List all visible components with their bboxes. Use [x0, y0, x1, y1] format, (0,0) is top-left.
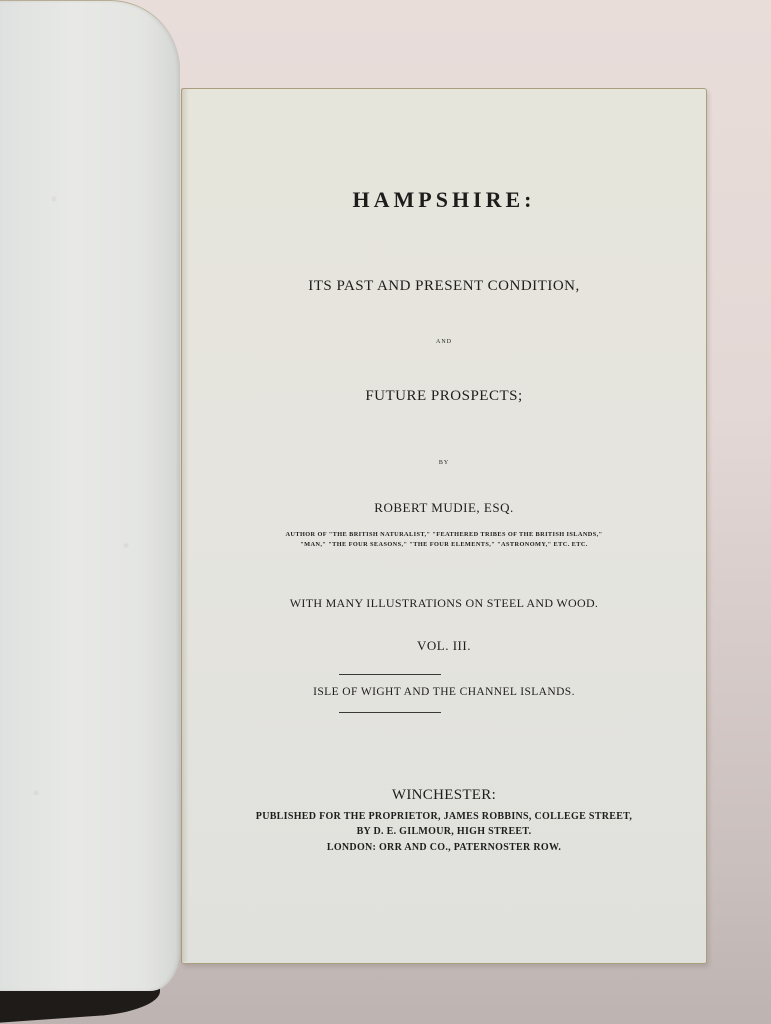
illustrations-note: WITH MANY ILLUSTRATIONS ON STEEL AND WOO…: [182, 596, 706, 611]
title-page: HAMPSHIRE: ITS PAST AND PRESENT CONDITIO…: [181, 88, 707, 964]
imprint-place: WINCHESTER:: [182, 787, 706, 804]
divider-rule-bottom: [339, 712, 441, 713]
author-credits-line-2: "MAN," "THE FOUR SEASONS," "THE FOUR ELE…: [182, 541, 706, 548]
imprint-line-2: BY D. E. GILMOUR, HIGH STREET.: [182, 826, 706, 837]
by-label: BY: [182, 460, 706, 466]
photo-scene: HAMPSHIRE: ITS PAST AND PRESENT CONDITIO…: [0, 0, 771, 1024]
volume-section-title: ISLE OF WIGHT AND THE CHANNEL ISLANDS.: [182, 686, 706, 698]
book-subtitle-2: FUTURE PROSPECTS;: [182, 388, 706, 405]
author-credits-line-1: AUTHOR OF "THE BRITISH NATURALIST," "FEA…: [182, 531, 706, 538]
imprint-line-1: PUBLISHED FOR THE PROPRIETOR, JAMES ROBB…: [182, 811, 706, 822]
book-subtitle: ITS PAST AND PRESENT CONDITION,: [182, 278, 706, 295]
author-name: ROBERT MUDIE, ESQ.: [182, 500, 706, 516]
volume-number: VOL. III.: [182, 638, 706, 654]
divider-rule-top: [339, 674, 441, 675]
left-page-curled: [0, 0, 180, 991]
book-title: HAMPSHIRE:: [182, 187, 706, 213]
conjunction-and: AND: [182, 339, 706, 345]
gutter-shadow: [181, 88, 189, 962]
imprint-line-3: LONDON: ORR AND CO., PATERNOSTER ROW.: [182, 842, 706, 853]
